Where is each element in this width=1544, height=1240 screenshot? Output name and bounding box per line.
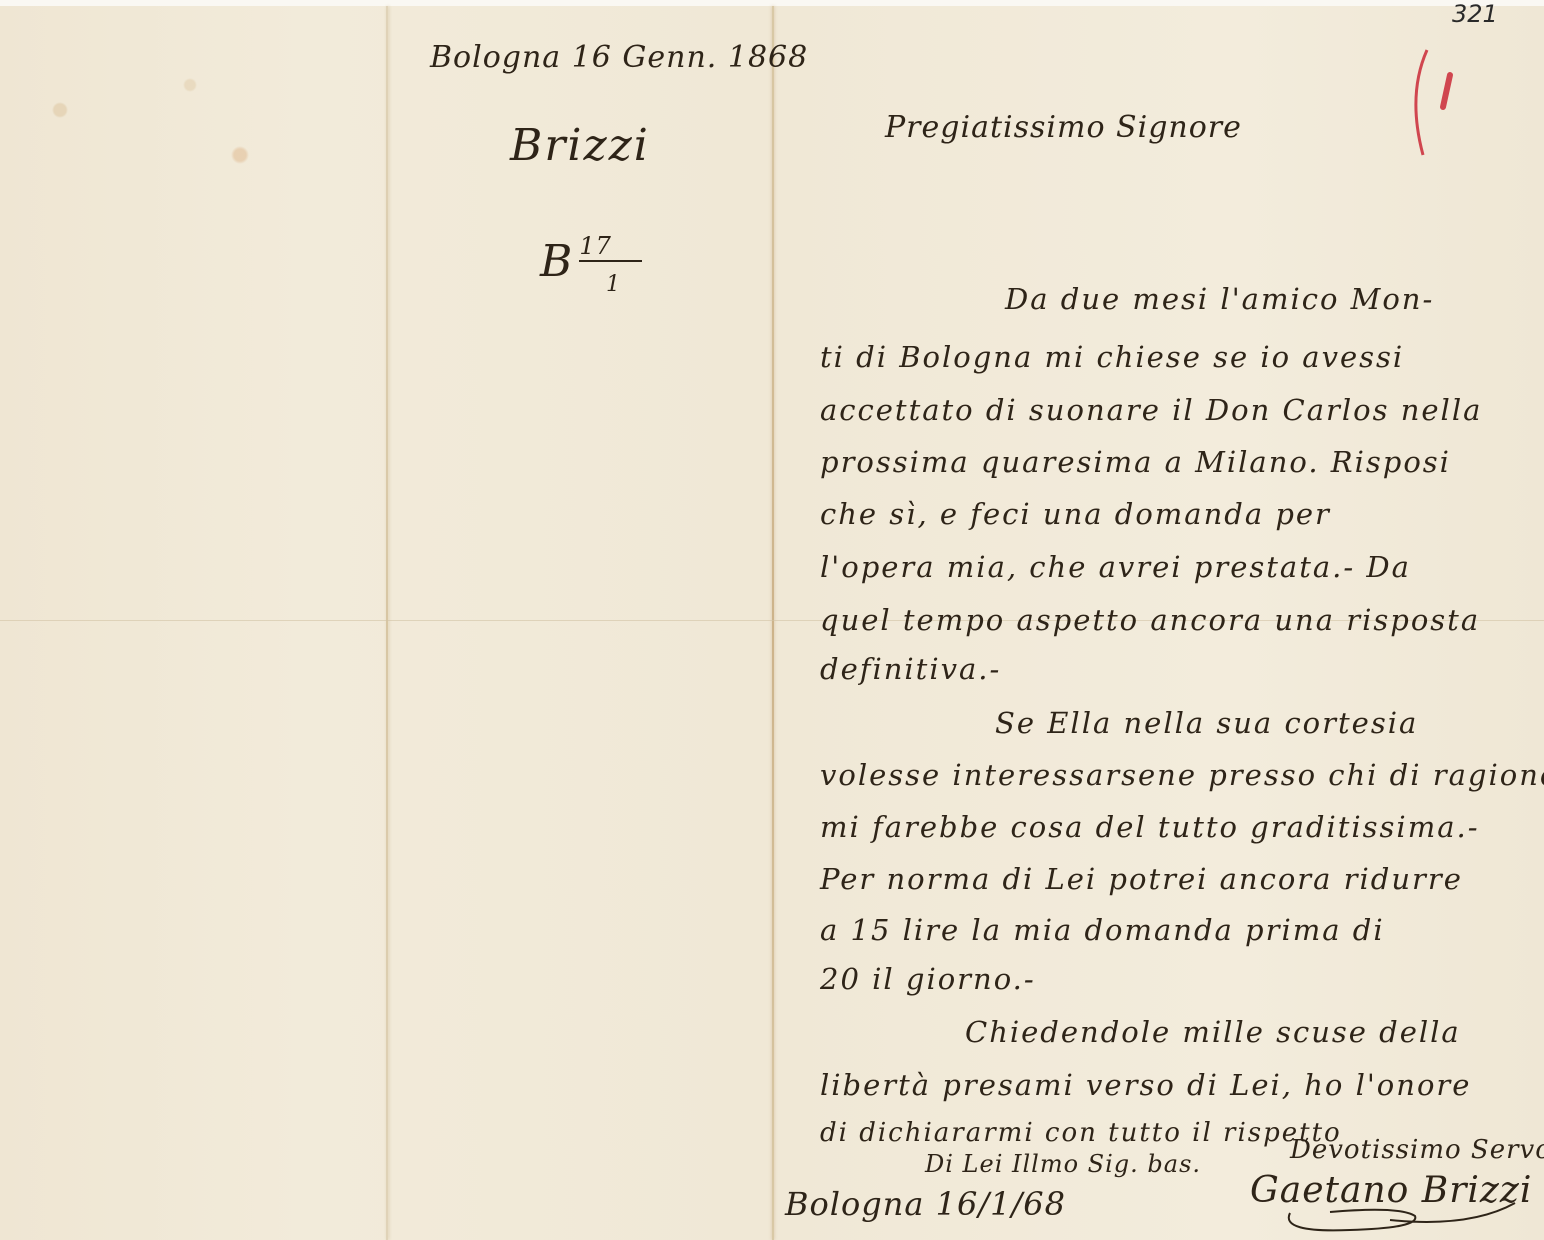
letter-line: Se Ella nella sua cortesia	[995, 706, 1418, 740]
signature-flourish	[1270, 1198, 1520, 1238]
letter-line: Da due mesi l'amico Mon-	[1005, 282, 1434, 316]
letter-line: mi farebbe cosa del tutto graditissima.-	[820, 810, 1480, 844]
fold-line-center	[772, 6, 774, 1240]
letter-line: Per norma di Lei potrei ancora ridurre	[820, 862, 1463, 896]
letter-line: a 15 lire la mia domanda prima di	[820, 913, 1385, 947]
letter-line: di dichiararmi con tutto il rispetto	[820, 1118, 1342, 1148]
docket-code-letter: B	[540, 236, 573, 287]
letter-line: volesse interessarsene presso chi di rag…	[820, 758, 1544, 792]
folio-number: 321	[1452, 0, 1498, 28]
letter-line: che sì, e feci una domanda per	[820, 497, 1331, 531]
docket-code-sub: 1	[606, 272, 621, 297]
letter-line: Chiedendole mille scuse della	[965, 1015, 1461, 1049]
red-annotation-mark	[1405, 45, 1465, 165]
fold-line-left	[386, 6, 388, 1240]
docket-code-number: 17	[579, 232, 642, 262]
letter-line: quel tempo aspetto ancora una risposta	[820, 603, 1480, 637]
letter-line: definitiva.-	[820, 652, 1001, 686]
docket-name: Brizzi	[510, 120, 650, 171]
docket-code: B17 1	[540, 232, 642, 287]
letter-line: l'opera mia, che avrei prestata.- Da	[820, 550, 1411, 584]
letter-line: 20 il giorno.-	[820, 962, 1036, 996]
letter-line: prossima quaresima a Milano. Risposi	[820, 445, 1451, 479]
signature-prefix: Devotissimo Servo	[1290, 1135, 1544, 1165]
letter-line: ti di Bologna mi chiese se io avessi	[820, 340, 1404, 374]
place-date: Bologna 16/1/68	[785, 1185, 1066, 1223]
salutation: Pregiatissimo Signore	[885, 110, 1242, 145]
docket-date: Bologna 16 Genn. 1868	[430, 40, 808, 75]
letter-line: libertà presami verso di Lei, ho l'onore	[820, 1068, 1471, 1102]
letter-sheet: Bologna 16 Genn. 1868 Brizzi B17 1 321 P…	[0, 0, 1544, 1240]
letter-line: accettato di suonare il Don Carlos nella	[820, 393, 1482, 427]
closing-formula: Di Lei Illmo Sig. bas.	[925, 1150, 1201, 1178]
